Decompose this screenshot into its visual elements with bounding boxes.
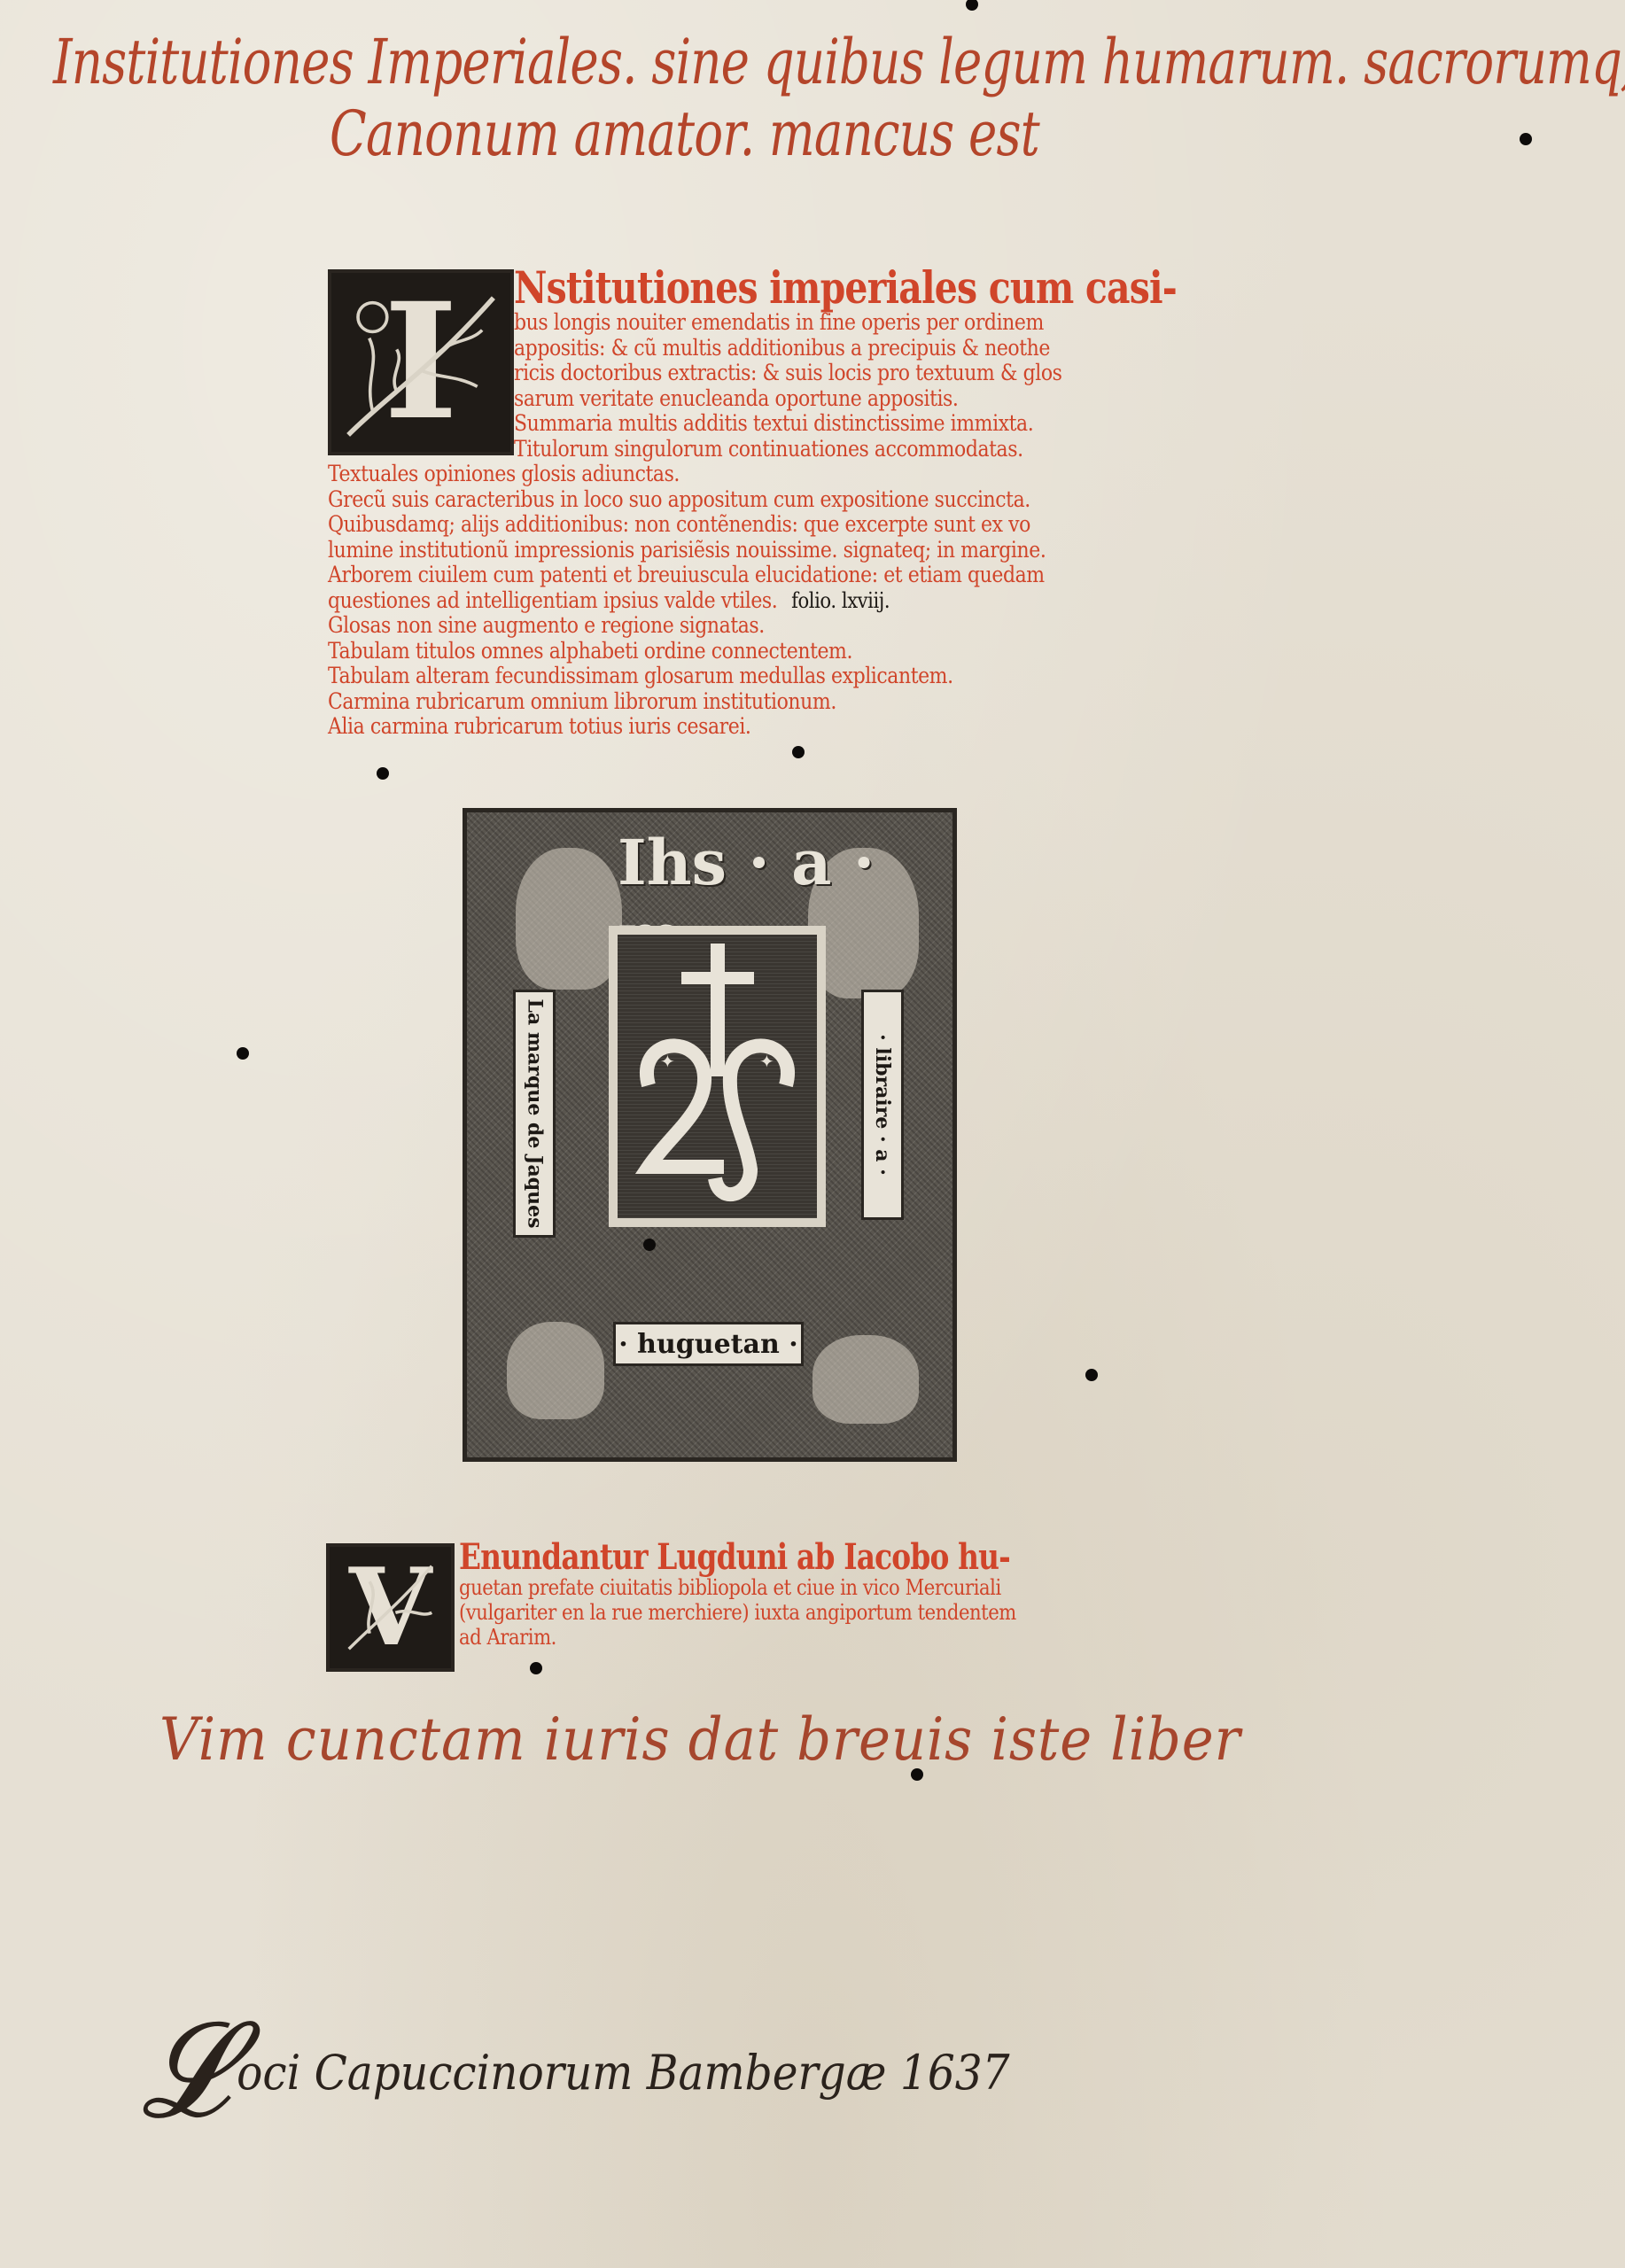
printed-title: Nstitutiones imperiales cum casi- xyxy=(514,266,1015,310)
floral-vine-icon xyxy=(338,1556,442,1659)
title-line: Tabulam titulos omnes alphabeti ordine c… xyxy=(328,639,1030,664)
punch-hole xyxy=(792,746,805,758)
title-line: questiones ad intelligentiam ipsius vald… xyxy=(328,587,777,613)
colophon-line: (vulgariter en la rue merchiere) iuxta a… xyxy=(459,1600,1044,1625)
colophon-line: guetan prefate ciuitatis bibliopola et c… xyxy=(459,1575,1044,1600)
left-scroll-banner: La marque de Jaques xyxy=(513,990,556,1238)
left-scroll-text: La marque de Jaques xyxy=(523,998,546,1228)
title-line: Titulorum singulorum continuationes acco… xyxy=(514,437,1052,462)
punch-hole xyxy=(643,1239,656,1251)
title-line: sarum veritate enucleanda oportune appos… xyxy=(514,386,1052,412)
punch-hole xyxy=(377,767,389,780)
printer-name: · huguetan · xyxy=(618,1329,797,1360)
printers-device-woodcut: Ihs · a · m ✦ ✦ La marque de Jaques · li… xyxy=(463,808,957,1462)
bottom-scroll-banner: · huguetan · xyxy=(613,1322,804,1366)
colophon-title: Enundantur Lugduni ab Iacobo hu- xyxy=(459,1540,1004,1575)
title-line: Quibusdamq; alijs additionibus: non cont… xyxy=(328,512,1030,538)
title-line: Glosas non sine augmento e regione signa… xyxy=(328,613,1030,639)
svg-text:✦: ✦ xyxy=(660,1051,675,1072)
decorated-initial-i: I xyxy=(328,269,514,455)
dog-figure-left-icon xyxy=(507,1322,604,1419)
colophon-line: ad Ararim. xyxy=(459,1625,1044,1650)
manuscript-motto: Vim cunctam iuris dat breuis iste liber xyxy=(159,1705,1241,1774)
printed-title-block: I Nstitutiones imperiales cum casi- bus … xyxy=(328,266,1125,740)
cross-monogram-icon: ✦ ✦ xyxy=(618,935,817,1218)
title-line: ricis doctoribus extractis: & suis locis… xyxy=(514,361,1052,386)
manuscript-heading-line-1: Institutiones Imperiales. sine quibus le… xyxy=(53,26,1625,98)
colophon-block: V Enundantur Lugduni ab Iacobo hu- gueta… xyxy=(326,1540,1124,1650)
dog-figure-right-icon xyxy=(812,1335,919,1424)
title-line: Grecũ suis caracteribus in loco suo appo… xyxy=(328,487,1030,513)
title-line: Arborem ciuilem cum patenti et breuiuscu… xyxy=(328,563,1030,588)
monkey-figure-icon xyxy=(516,848,622,990)
manuscript-heading: Institutiones Imperiales. sine quibus le… xyxy=(53,27,1270,169)
title-line: Alia carmina rubricarum totius iuris ces… xyxy=(328,714,1030,740)
title-line-with-folio: questiones ad intelligentiam ipsius vald… xyxy=(328,588,1030,614)
punch-hole xyxy=(1085,1369,1098,1381)
signature-flourish-icon: 𝓛 xyxy=(142,1993,229,2148)
title-line: Summaria multis additis textui distincti… xyxy=(514,411,1052,437)
provenance-text: oci Capuccinorum Bambergæ 1637 xyxy=(237,2045,1009,2101)
folio-reference: folio. lxviij. xyxy=(791,588,890,613)
title-line: Carmina rubricarum omnium librorum insti… xyxy=(328,689,1030,715)
right-scroll-text: · libraire · a · xyxy=(871,1034,894,1176)
punch-hole xyxy=(1520,133,1532,145)
title-line: bus longis nouiter emendatis in fine ope… xyxy=(514,310,1052,336)
title-line: lumine institutionũ impressionis parisiẽ… xyxy=(328,538,1030,563)
svg-text:✦: ✦ xyxy=(759,1051,774,1072)
device-center-panel: ✦ ✦ xyxy=(609,926,826,1227)
right-scroll-banner: · libraire · a · xyxy=(861,990,904,1220)
punch-hole xyxy=(966,0,978,11)
title-line: appositis: & cũ multis additionibus a pr… xyxy=(514,336,1052,361)
manuscript-heading-line-2: Canonum amator. mancus est xyxy=(330,98,1270,170)
decorated-initial-v: V xyxy=(326,1543,455,1672)
floral-vine-icon xyxy=(340,282,501,443)
punch-hole xyxy=(237,1047,249,1060)
title-line: Tabulam alteram fecundissimam glosarum m… xyxy=(328,664,1030,689)
provenance-inscription: 𝓛oci Capuccinorum Bambergæ 1637 xyxy=(142,1993,1010,2150)
punch-hole xyxy=(911,1768,923,1781)
title-line: Textuales opiniones glosis adiunctas. xyxy=(328,462,1030,487)
punch-hole xyxy=(530,1662,542,1674)
